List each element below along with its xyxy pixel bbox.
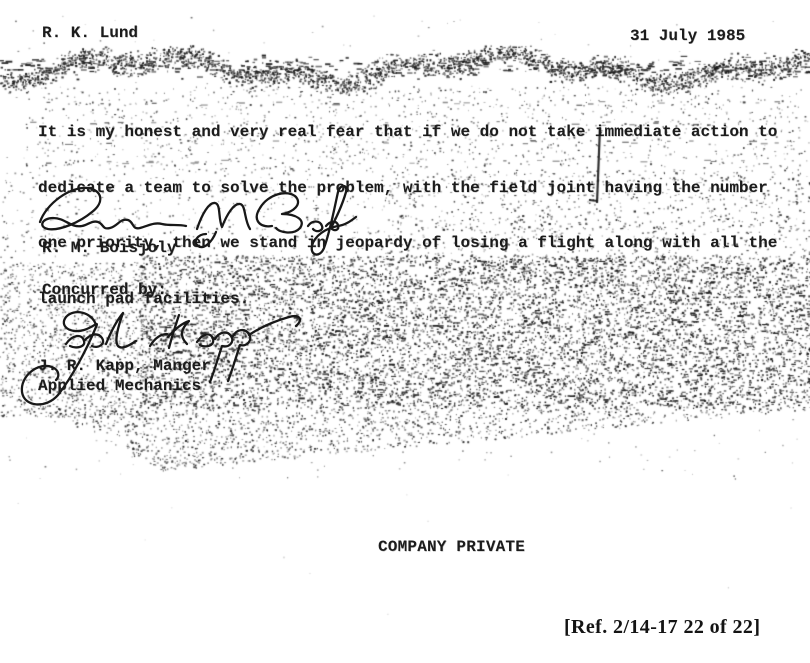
body-line-2: dedicate a team to solve the problem, wi… — [38, 179, 777, 199]
body-line-1: It is my honest and very real fear that … — [38, 123, 777, 143]
reference-citation: [Ref. 2/14-17 22 of 22] — [564, 616, 760, 639]
scanned-memo-page: R. K. Lund 31 July 1985 It is my honest … — [0, 0, 810, 663]
memo-date: 31 July 1985 — [630, 27, 745, 45]
concurred-by-label: Concurred by: — [42, 281, 167, 299]
boisjoly-typed-name: R. M. Boisjoly — [42, 239, 176, 257]
kapp-typed-name: J. R. Kapp, Manger — [38, 357, 211, 375]
recipient-name: R. K. Lund — [42, 24, 138, 42]
memo-body-paragraph: It is my honest and very real fear that … — [38, 87, 777, 345]
kapp-department: Applied Mechanics — [38, 377, 201, 395]
classification-stamp: COMPANY PRIVATE — [378, 538, 525, 556]
